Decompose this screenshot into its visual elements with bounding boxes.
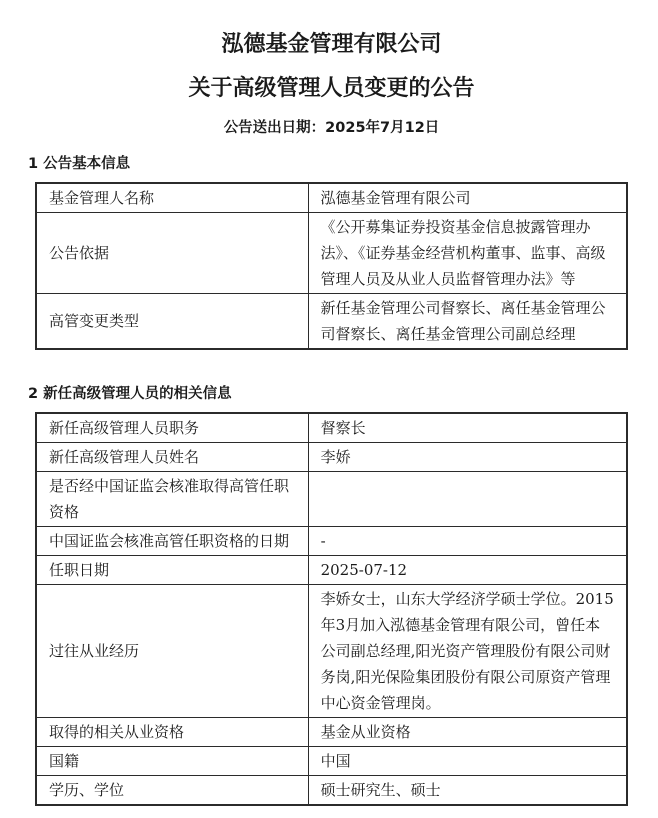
table-row: 取得的相关从业资格 基金从业资格 — [36, 718, 627, 747]
row-label-fund-manager-name: 基金管理人名称 — [36, 183, 308, 213]
table-row: 基金管理人名称 泓德基金管理有限公司 — [36, 183, 627, 213]
row-value-fund-manager-name: 泓德基金管理有限公司 — [308, 183, 627, 213]
row-value-csrc-approval — [308, 472, 627, 527]
row-label-csrc-approval: 是否经中国证监会核准取得高管任职资格 — [36, 472, 308, 527]
row-value-new-name: 李娇 — [308, 443, 627, 472]
new-executive-info-table: 新任高级管理人员职务 督察长 新任高级管理人员姓名 李娇 是否经中国证监会核准取… — [35, 412, 628, 806]
announcement-date-line: 公告送出日期：2025年7月12日 — [35, 118, 628, 138]
announcement-document: 泓德基金管理有限公司 关于高级管理人员变更的公告 公告送出日期：2025年7月1… — [0, 0, 658, 818]
row-label-nationality: 国籍 — [36, 747, 308, 776]
row-label-csrc-approval-date: 中国证监会核准高管任职资格的日期 — [36, 527, 308, 556]
row-value-announcement-basis: 《公开募集证券投资基金信息披露管理办法》、《证券基金经营机构董事、监事、高级管理… — [308, 213, 627, 294]
table-row: 过往从业经历 李娇女士，山东大学经济学硕士学位。2015年3月加入泓德基金管理有… — [36, 585, 627, 718]
row-label-past-experience: 过往从业经历 — [36, 585, 308, 718]
row-label-education-degree: 学历、学位 — [36, 776, 308, 806]
row-label-change-type: 高管变更类型 — [36, 294, 308, 350]
row-label-qualifications: 取得的相关从业资格 — [36, 718, 308, 747]
table-row: 中国证监会核准高管任职资格的日期 - — [36, 527, 627, 556]
row-value-csrc-approval-date: - — [308, 527, 627, 556]
row-value-nationality: 中国 — [308, 747, 627, 776]
row-value-appointment-date: 2025-07-12 — [308, 556, 627, 585]
section2-heading: 2 新任高级管理人员的相关信息 — [28, 384, 628, 404]
table-row: 任职日期 2025-07-12 — [36, 556, 627, 585]
row-label-appointment-date: 任职日期 — [36, 556, 308, 585]
row-label-new-position: 新任高级管理人员职务 — [36, 413, 308, 443]
basic-info-table: 基金管理人名称 泓德基金管理有限公司 公告依据 《公开募集证券投资基金信息披露管… — [35, 182, 628, 350]
table-row: 国籍 中国 — [36, 747, 627, 776]
row-value-qualifications: 基金从业资格 — [308, 718, 627, 747]
row-value-education-degree: 硕士研究生、硕士 — [308, 776, 627, 806]
row-value-past-experience: 李娇女士，山东大学经济学硕士学位。2015年3月加入泓德基金管理有限公司，曾任本… — [308, 585, 627, 718]
table-row: 新任高级管理人员姓名 李娇 — [36, 443, 627, 472]
section1-heading: 1 公告基本信息 — [28, 154, 628, 174]
row-label-announcement-basis: 公告依据 — [36, 213, 308, 294]
table-row: 高管变更类型 新任基金管理公司督察长、离任基金管理公司督察长、离任基金管理公司副… — [36, 294, 627, 350]
row-value-new-position: 督察长 — [308, 413, 627, 443]
row-value-change-type: 新任基金管理公司督察长、离任基金管理公司督察长、离任基金管理公司副总经理 — [308, 294, 627, 350]
company-title: 泓德基金管理有限公司 — [35, 30, 628, 60]
table-row: 公告依据 《公开募集证券投资基金信息披露管理办法》、《证券基金经营机构董事、监事… — [36, 213, 627, 294]
row-label-new-name: 新任高级管理人员姓名 — [36, 443, 308, 472]
announcement-subtitle: 关于高级管理人员变更的公告 — [35, 74, 628, 104]
table-row: 新任高级管理人员职务 督察长 — [36, 413, 627, 443]
table-row: 是否经中国证监会核准取得高管任职资格 — [36, 472, 627, 527]
